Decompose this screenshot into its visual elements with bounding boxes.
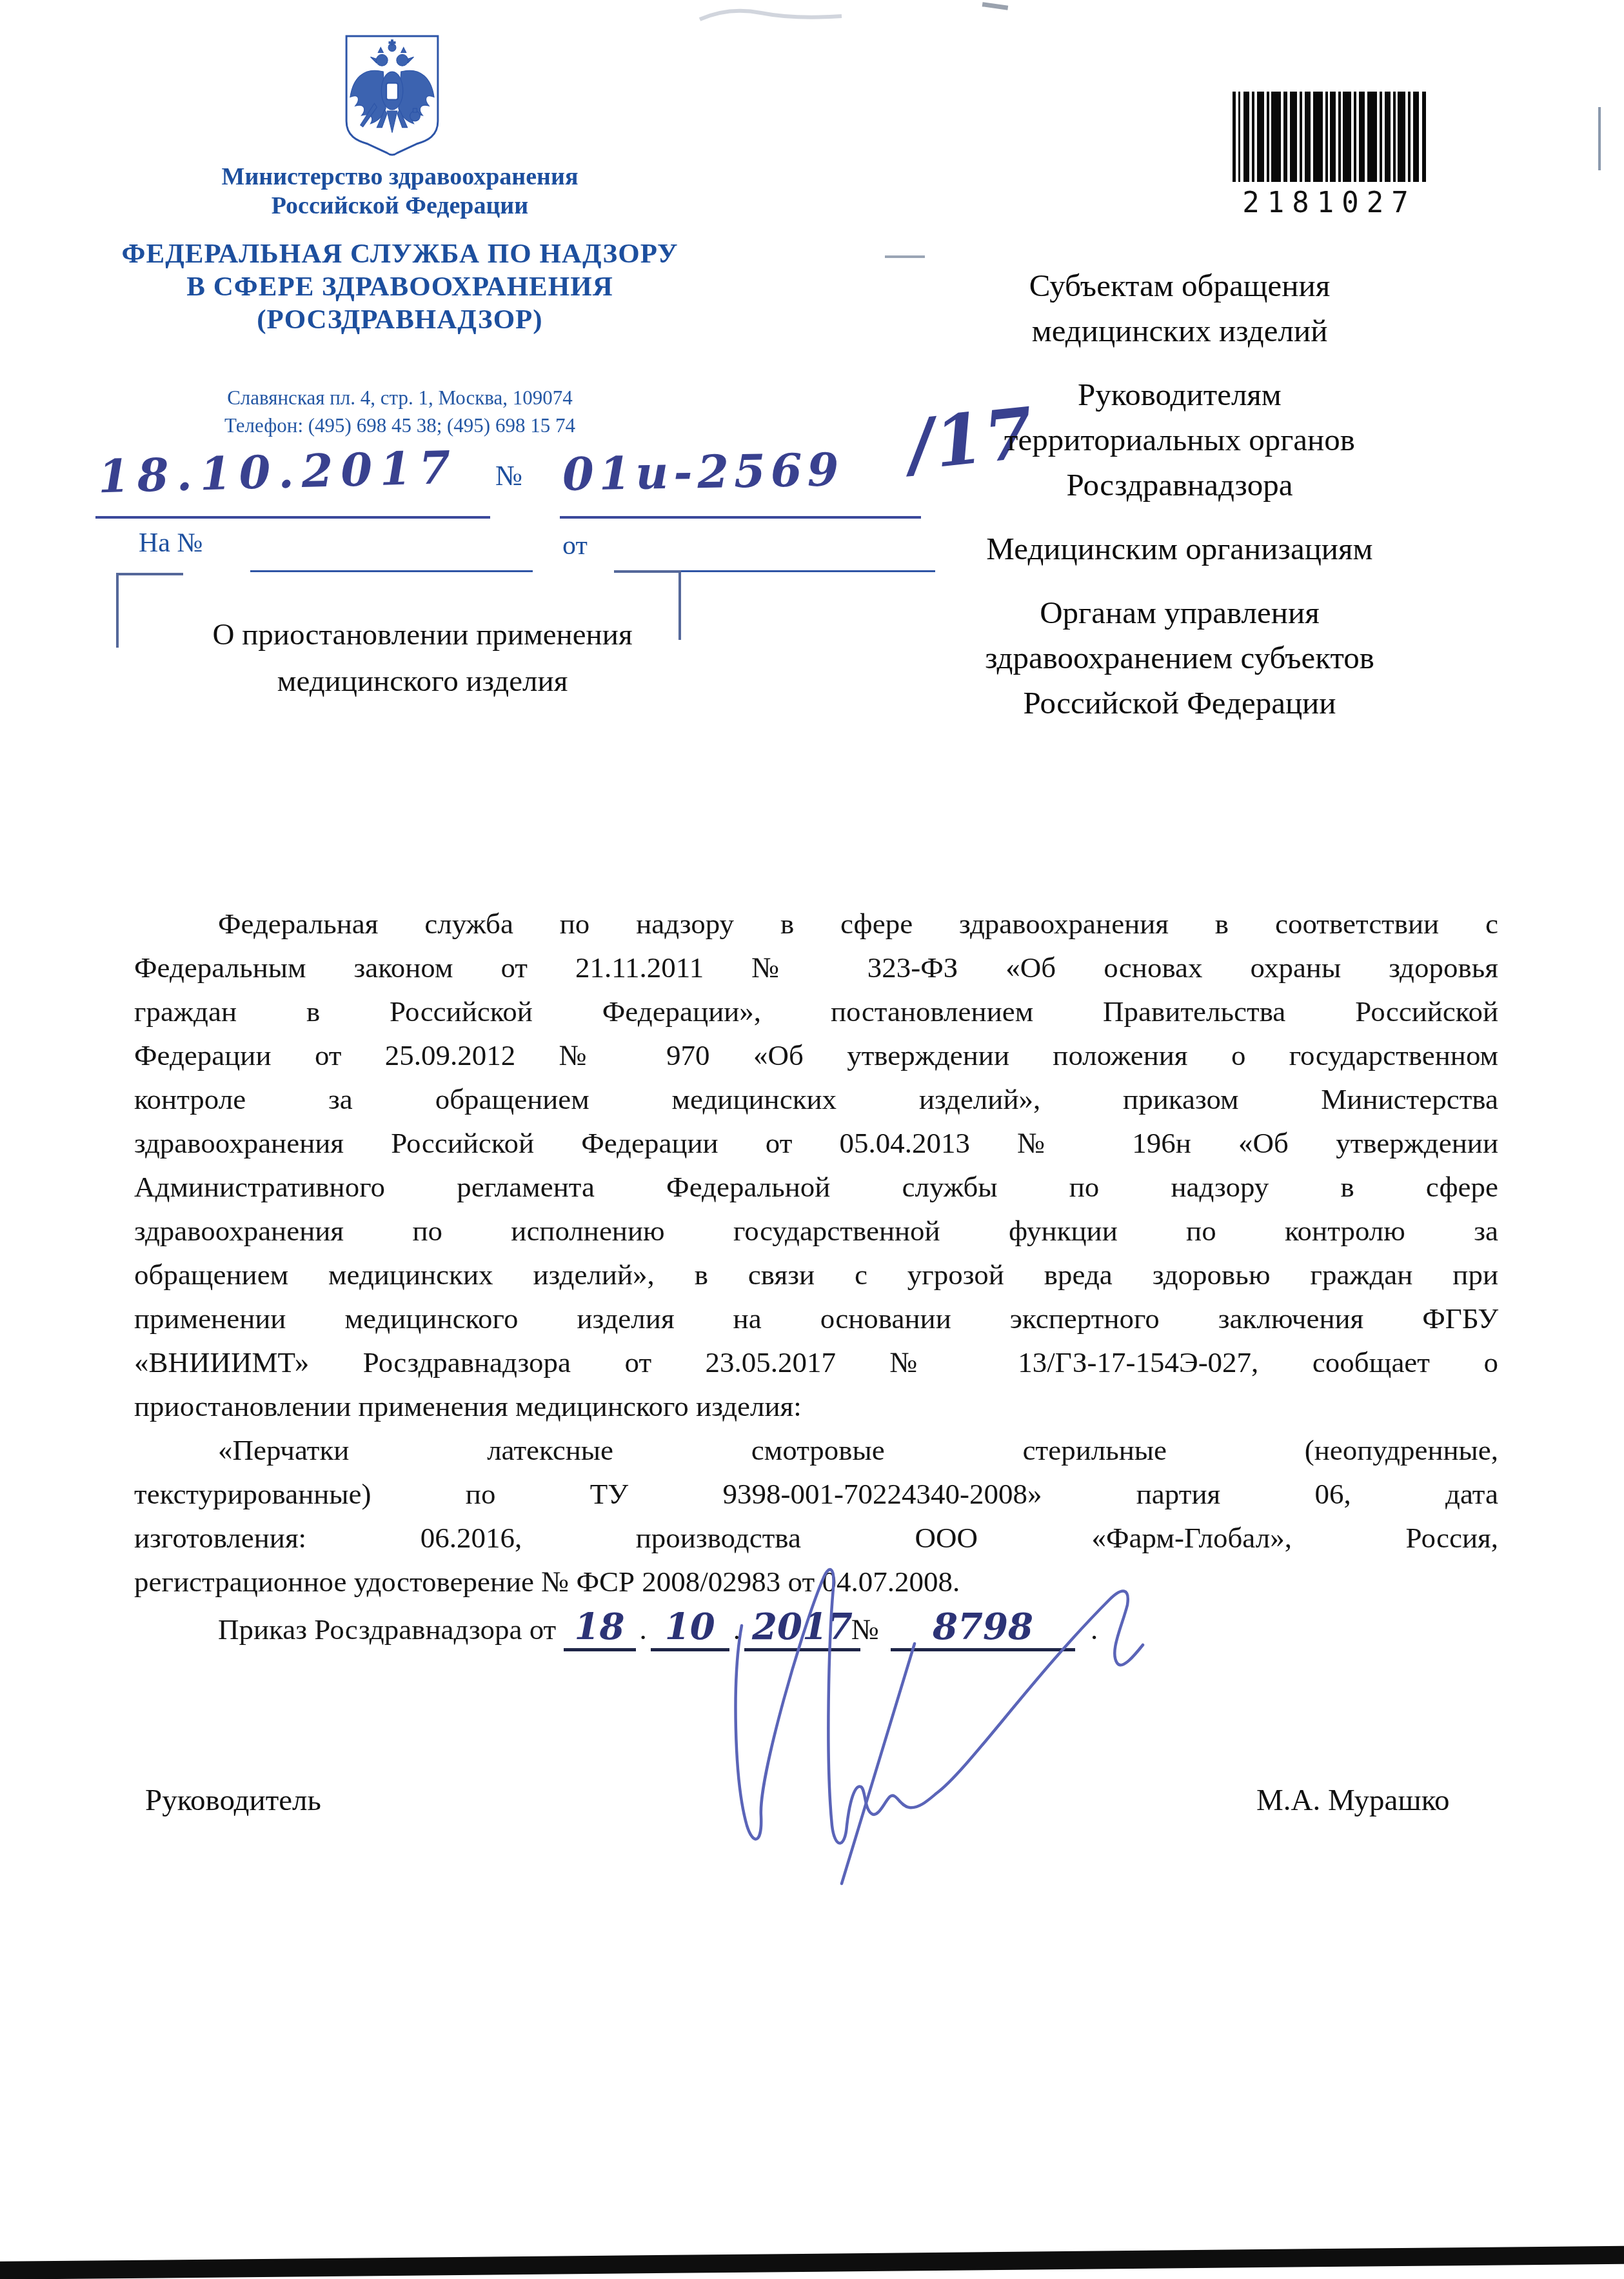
addressee-corner-mark — [885, 255, 925, 258]
signer-name: М.А. Мурашко — [1256, 1783, 1450, 1818]
number-sign-label: № — [495, 459, 522, 492]
order-dot-1: . — [636, 1613, 651, 1646]
service-name-line3: (РОСЗДРАВНАДЗОР) — [64, 303, 735, 336]
scan-edge-band — [0, 2245, 1624, 2279]
body-paragraph-1-last-line: приостановлении применения медицинского … — [134, 1384, 1498, 1428]
outgoing-number-handwritten: 01и-2569 — [562, 443, 844, 501]
registration-barcode: 2181027 — [1229, 92, 1430, 219]
signer-position-label: Руководитель — [145, 1783, 321, 1818]
ministry-name: Министерство здравоохранения Российской … — [64, 163, 735, 221]
reply-number-blank-line — [250, 570, 533, 572]
order-day-handwritten: 18 — [575, 1606, 625, 1648]
barcode-number: 2181027 — [1229, 186, 1430, 219]
number-underline — [560, 516, 921, 519]
letterhead: Министерство здравоохранения Российской … — [64, 163, 735, 439]
barcode-icon — [1233, 92, 1426, 182]
recipient-subjects-of-circulation: Субъектам обращения медицинских изделий — [898, 263, 1461, 353]
service-name: ФЕДЕРАЛЬНАЯ СЛУЖБА ПО НАДЗОРУ В СФЕРЕ ЗД… — [64, 237, 735, 336]
contact-block: Славянская пл. 4, стр. 1, Москва, 109074… — [64, 384, 735, 439]
recipient-health-authorities: Органам управления здравоохранением субъ… — [898, 590, 1461, 726]
date-underline — [95, 516, 490, 519]
scanned-letter-page: Министерство здравоохранения Российской … — [0, 0, 1624, 2279]
recipient-medical-organizations: Медицинским организациям — [898, 526, 1461, 572]
body-paragraph-2: «Перчатки латексные смотровые стерильные… — [134, 1428, 1498, 1560]
letter-body: Федеральная служба по надзору в сфере зд… — [134, 902, 1498, 1651]
scan-artifact — [693, 0, 1016, 39]
reply-from-label: от — [562, 530, 588, 561]
phone-numbers: Телефон: (495) 698 45 38; (495) 698 15 7… — [64, 412, 735, 439]
letter-subject: О приостановлении применения медицинског… — [161, 612, 684, 704]
signature-ink — [697, 1548, 1264, 1922]
service-name-line1: ФЕДЕРАЛЬНАЯ СЛУЖБА ПО НАДЗОРУ — [64, 237, 735, 270]
reply-to-number-label: На № — [139, 528, 203, 559]
russia-coat-of-arms-icon — [341, 32, 444, 156]
order-day-slot: 18 — [564, 1608, 636, 1651]
outgoing-date-handwritten: 18.10.2017 — [97, 441, 459, 504]
service-name-line2: В СФЕРЕ ЗДРАВООХРАНЕНИЯ — [64, 270, 735, 303]
recipients-block: Субъектам обращения медицинских изделий … — [898, 263, 1461, 744]
postal-address: Славянская пл. 4, стр. 1, Москва, 109074 — [64, 384, 735, 412]
order-printed-prefix: Приказ Росздравнадзора от — [218, 1613, 556, 1646]
body-paragraph-1: Федеральная служба по надзору в сфере зд… — [134, 902, 1498, 1384]
recipient-territorial-heads: Руководителям территориальных органов Ро… — [898, 372, 1461, 508]
page-corner-mark — [1598, 107, 1601, 170]
